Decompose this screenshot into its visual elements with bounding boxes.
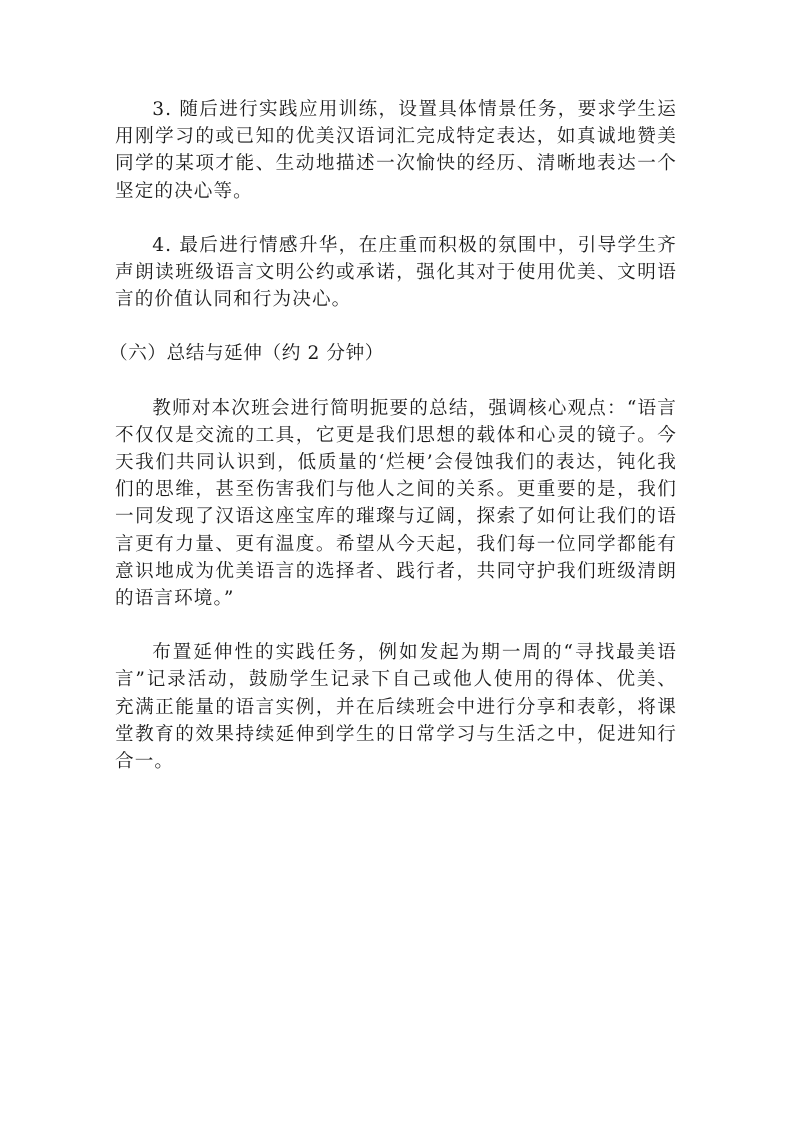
paragraph-step-3: 3. 随后进行实践应用训练，设置具体情景任务，要求学生运用刚学习的或已知的优美汉… bbox=[115, 96, 677, 205]
document-page: 3. 随后进行实践应用训练，设置具体情景任务，要求学生运用刚学习的或已知的优美汉… bbox=[115, 96, 677, 802]
paragraph-step-4: 4. 最后进行情感升华，在庄重而积极的氛围中，引导学生齐声朗读班级语言文明公约或… bbox=[115, 232, 677, 314]
paragraph-summary: 教师对本次班会进行简明扼要的总结，强调核心观点：“语言不仅仅是交流的工具，它更是… bbox=[115, 395, 677, 613]
section-heading: （六）总结与延伸（约 2 分钟） bbox=[109, 340, 677, 367]
paragraph-extension: 布置延伸性的实践任务，例如发起为期一周的“寻找最美语言”记录活动，鼓励学生记录下… bbox=[115, 639, 677, 775]
